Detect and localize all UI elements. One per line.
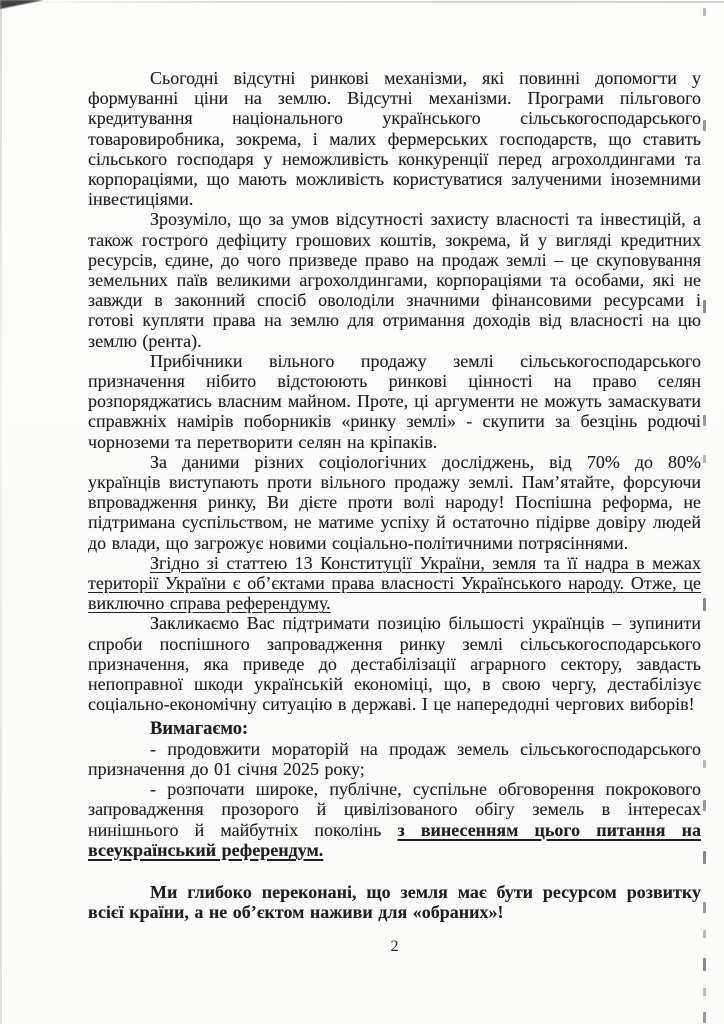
paragraph-land-buyup-risk: Зрозуміло, що за умов відсутності захист…: [88, 209, 701, 350]
document-body: Сьогодні відсутні ринкові механізми, які…: [88, 68, 701, 922]
demand-moratorium-extension: - продовжити мораторій на продаж земель …: [88, 739, 701, 779]
paragraph-opinion-polls: За даними різних соціологічних досліджен…: [88, 452, 701, 553]
scan-dash-mark: [703, 598, 706, 611]
scanned-document-page: Сьогодні відсутні ринкові механізми, які…: [0, 0, 724, 1024]
scan-dash-mark: [703, 902, 706, 913]
demand-public-discussion: - розпочати широке, публічне, суспільне …: [88, 779, 701, 860]
demands-heading: Вимагаємо:: [88, 719, 701, 739]
scan-left-edge-shadow: [0, 0, 2, 1024]
scan-dash-mark: [703, 300, 706, 313]
scan-dash-mark: [703, 415, 706, 426]
scan-dash-mark: [703, 851, 706, 864]
scan-dash-mark: [703, 800, 706, 811]
scan-dash-mark: [703, 8, 706, 16]
paragraph-market-mechanisms: Сьогодні відсутні ринкові механізми, які…: [88, 68, 701, 209]
paragraph-constitution-article-13: Згідно зі статтею 13 Конституції України…: [88, 553, 701, 614]
scan-dash-mark: [703, 760, 706, 768]
paragraph-conclusion: Ми глибоко переконані, що земля має бути…: [88, 882, 701, 922]
scan-dash-mark: [703, 120, 706, 131]
scan-dash-mark: [703, 958, 706, 971]
scan-dash-mark: [703, 988, 706, 996]
scan-corner-artifact: [0, 0, 44, 9]
scan-dash-mark: [703, 1012, 706, 1023]
scan-top-edge-line: [40, 1, 724, 3]
paragraph-call-to-support: Закликаємо Вас підтримати позицію більшо…: [88, 613, 701, 714]
scan-dash-mark: [703, 930, 706, 938]
page-number: 2: [88, 938, 701, 956]
scan-dash-mark: [703, 455, 706, 463]
paragraph-free-sale-proponents: Прибічники вільного продажу землі сільсь…: [88, 351, 701, 452]
